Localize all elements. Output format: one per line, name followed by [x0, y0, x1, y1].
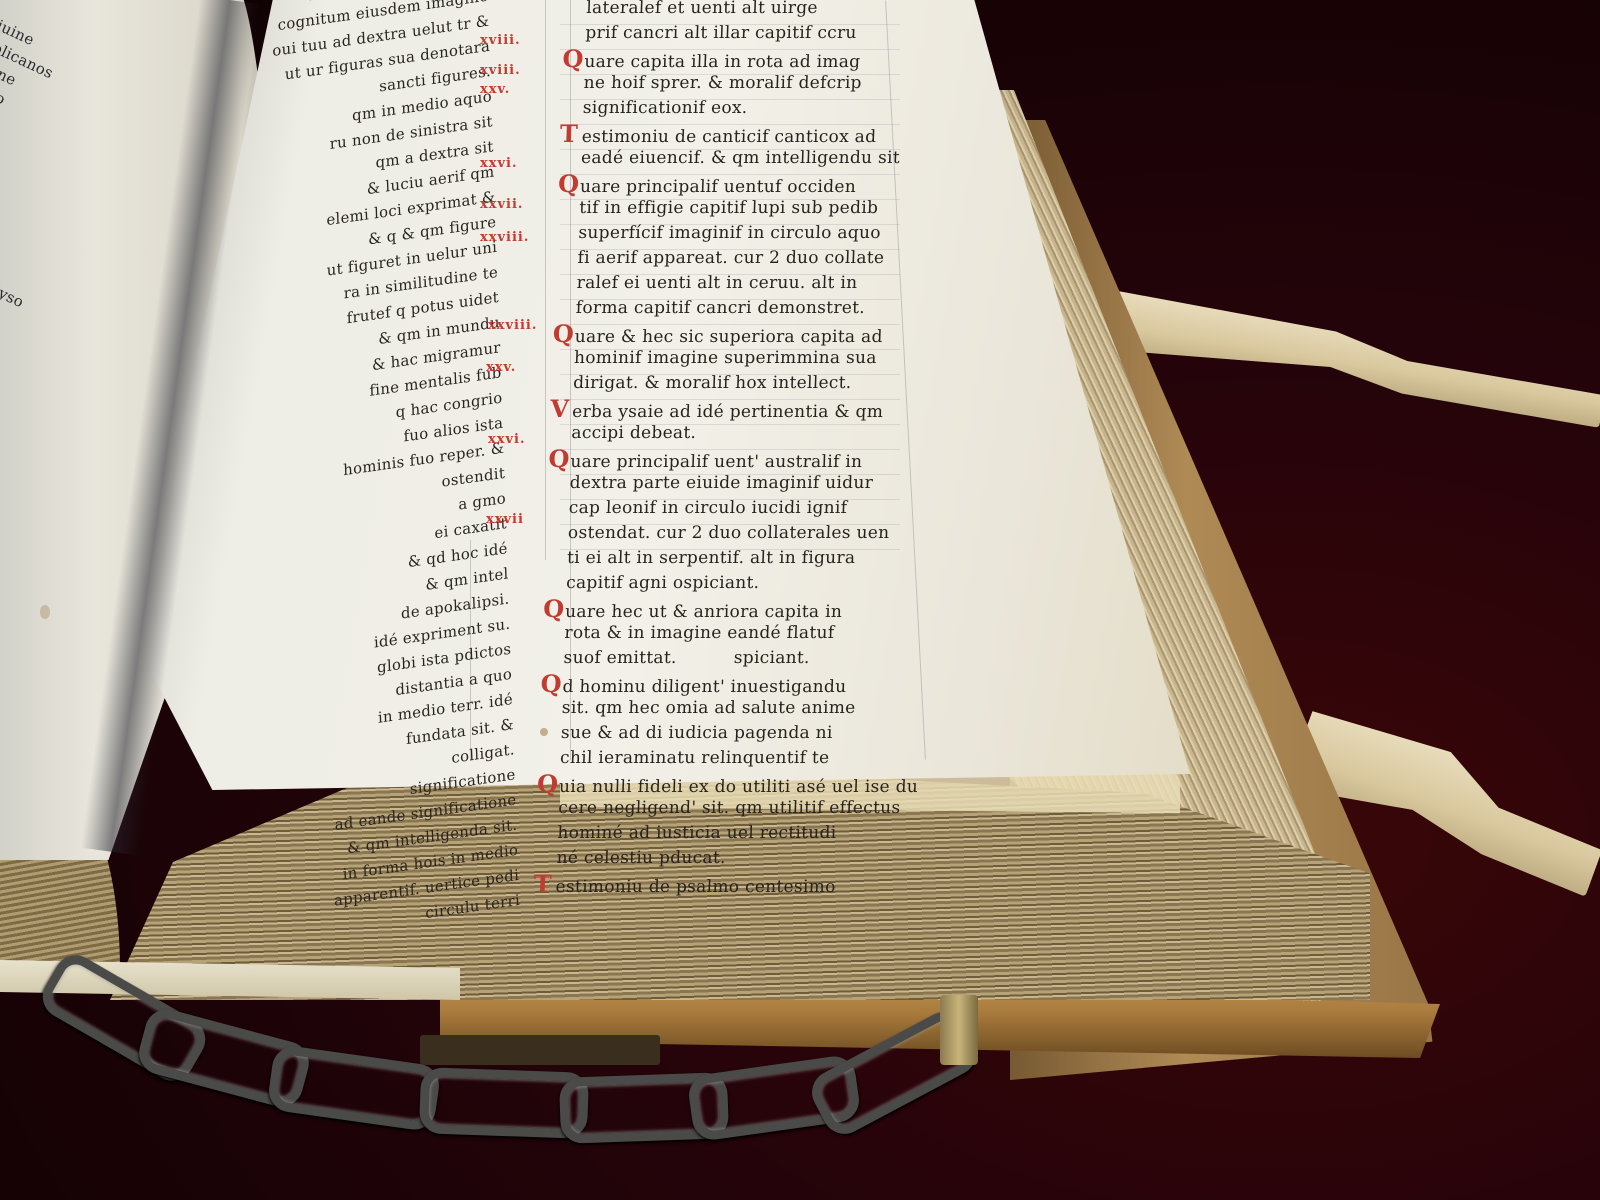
line-text: né celestiu pducat. [556, 848, 726, 868]
text-line: ralef ei uenti alt in ceruu. alt in [580, 271, 936, 296]
text-line: lateralef et uenti alt uirge [590, 0, 946, 21]
middle-column-text: fini eius et in figuratur cognitum eiusd… [190, 0, 520, 955]
red-initial: T [533, 871, 556, 896]
text-line: suof emittat. spiciant. [567, 646, 923, 671]
line-text: fi aerif appareat. cur 2 duo collate [577, 248, 884, 268]
text-line: rota & in imagine eandé flatuf [568, 621, 924, 646]
red-initial: V [550, 396, 573, 421]
red-initial: Q [540, 671, 563, 696]
line-text: significationif eox. [582, 98, 747, 118]
chain-link [266, 1044, 442, 1133]
line-text: uare hec ut & anriora capita in [565, 602, 843, 622]
line-text: estimoniu de psalmo centesimo [555, 877, 836, 897]
text-line: eadé eiuencif. & qm intelligendu sit [585, 146, 941, 171]
chapter-numeral: xxv. [486, 360, 516, 375]
chapter-numeral: xxvi. [480, 156, 518, 171]
line-text: ralef ei uenti alt in ceruu. alt in [576, 273, 857, 293]
text-line: Quare principalif uentuf occiden [584, 171, 940, 196]
line-text: eadé eiuencif. & qm intelligendu sit [581, 148, 901, 168]
text-line: dirigat. & moralif hox intellect. [577, 371, 933, 396]
line-text: erba ysaie ad idé pertinentia & qm [572, 402, 884, 422]
line-text: chil ieraminatu relinquentif te [560, 748, 830, 768]
text-line: Qd hominu diligent' inuestigandu [566, 671, 922, 696]
chapter-numeral: xviii. [480, 33, 521, 48]
photo-scene: fecen diuine rent. publicanos et uocatio… [0, 0, 1600, 1200]
text-line: significationif eox. [586, 96, 942, 121]
line-text: ti ei alt in serpentif. alt in figura [567, 548, 856, 568]
chapter-numeral: xviii. [480, 63, 521, 78]
text-line: né celestiu pducat. [560, 846, 916, 871]
line-text: sue & ad di iudicia pagenda ni [561, 723, 833, 743]
red-initial: T [559, 121, 582, 146]
line-text: tif in effigie capitif lupi sub pedib [579, 198, 879, 218]
line-text: dextra parte eiuide imaginif uidur [569, 473, 873, 493]
text-line: hominif imagine superimmina sua [578, 346, 934, 371]
line-text: uia nulli fideli ex do utiliti asé uel i… [559, 777, 919, 797]
text-line: Testimoniu de canticif canticox ad [585, 121, 941, 146]
text-line: Quare principalif uent' australif in [574, 446, 930, 471]
text-line: sue & ad di iudicia pagenda ni [565, 721, 921, 746]
text-line: Testimoniu de psalmo centesimo [559, 871, 915, 896]
text-line: prif cancri alt illar capitif ccru [589, 21, 945, 46]
chapter-numeral: xxviii. [488, 318, 537, 333]
text-line: ostendat. cur 2 duo collaterales uen [572, 521, 928, 546]
text-line: dextra parte eiuide imaginif uidur [573, 471, 929, 496]
red-initial: Q [562, 46, 585, 71]
line-text: capitif agni ospiciant. [566, 573, 760, 593]
text-line: cere negligend' sit. qm utilitif effectu… [562, 796, 918, 821]
text-line: capitif agni ospiciant. [570, 571, 926, 596]
margin-rule [545, 0, 546, 560]
chapter-numeral: xxvii [486, 512, 524, 527]
text-line: ti ei alt in serpentif. alt in figura [571, 546, 927, 571]
line-text: superfícif imaginif in circulo aquo [578, 223, 881, 243]
line-text: ne hoif sprer. & moralif defcrip [583, 73, 862, 93]
chain-hasp [940, 995, 978, 1065]
line-text: cap leonif in circulo iucidi ignif [568, 498, 847, 518]
text-line: Quia nulli fideli ex do utiliti asé uel … [563, 771, 919, 796]
line-text: uare principalif uent' australif in [570, 452, 863, 472]
line-text: rota & in imagine eandé flatuf [564, 623, 835, 643]
clasp-strap-top [1105, 290, 1600, 427]
text-line: Quare & hec sic superiora capita ad [578, 321, 934, 346]
text-line: Quare hec ut & anriora capita in [569, 596, 925, 621]
line-text: hominif imagine superimmina sua [574, 348, 877, 368]
iron-chain [40, 985, 1000, 1145]
chapter-numeral: xxvi. [488, 432, 526, 447]
text-line: cap leonif in circulo iucidi ignif [572, 496, 928, 521]
parchment-stain [540, 728, 548, 736]
text-line: tif in effigie capitif lupi sub pedib [583, 196, 939, 221]
text-line: fi aerif appareat. cur 2 duo collate [581, 246, 937, 271]
parchment-stain [40, 605, 50, 619]
red-initial: Q [548, 446, 571, 471]
red-initial: Q [558, 171, 581, 196]
line-text: uare principalif uentuf occiden [580, 177, 857, 197]
chapter-numeral: xxvii. [480, 197, 523, 212]
text-line: superfícif imaginif in circulo aquo [582, 221, 938, 246]
chapter-numeral: xxv. [480, 82, 510, 97]
line-text: accipi debeat. [571, 423, 696, 443]
red-initial: Q [543, 596, 566, 621]
line-text: dirigat. & moralif hox intellect. [573, 373, 852, 393]
line-text: sit. qm hec omia ad salute anime [562, 698, 856, 718]
right-column-text: lateralef et uenti alt uirge prif cancri… [559, 0, 945, 896]
text-line: Quare capita illa in rota ad imag [588, 46, 944, 71]
line-text: prif cancri alt illar capitif ccru [585, 23, 857, 43]
chapter-numeral: xxviii. [480, 230, 529, 245]
line-text: uare & hec sic superiora capita ad [574, 327, 883, 347]
line-text: forma capitif cancri demonstret. [575, 298, 865, 318]
red-initial: Q [537, 771, 560, 796]
text-line: forma capitif cancri demonstret. [579, 296, 935, 321]
line-text: estimoniu de canticif canticox ad [581, 127, 876, 147]
text-line: chil ieraminatu relinquentif te [564, 746, 920, 771]
text-line: Verba ysaie ad idé pertinentia & qm [576, 396, 932, 421]
line-text: cere negligend' sit. qm utilitif effectu… [558, 798, 901, 818]
text-line: hominé ad iusticia uel rectitudi [561, 821, 917, 846]
text-line: ne hoif sprer. & moralif defcrip [587, 71, 943, 96]
text-line: sit. qm hec omia ad salute anime [565, 696, 921, 721]
red-initial: Q [552, 321, 575, 346]
line-text: ostendat. cur 2 duo collaterales uen [568, 523, 890, 543]
line-text: lateralef et uenti alt uirge [586, 0, 818, 18]
line-text: d hominu diligent' inuestigandu [562, 677, 847, 697]
text-line: accipi debeat. [575, 421, 931, 446]
line-text: uare capita illa in rota ad imag [584, 52, 861, 72]
line-text: suof emittat. spiciant. [563, 648, 810, 668]
line-text: hominé ad iusticia uel rectitudi [557, 823, 837, 843]
